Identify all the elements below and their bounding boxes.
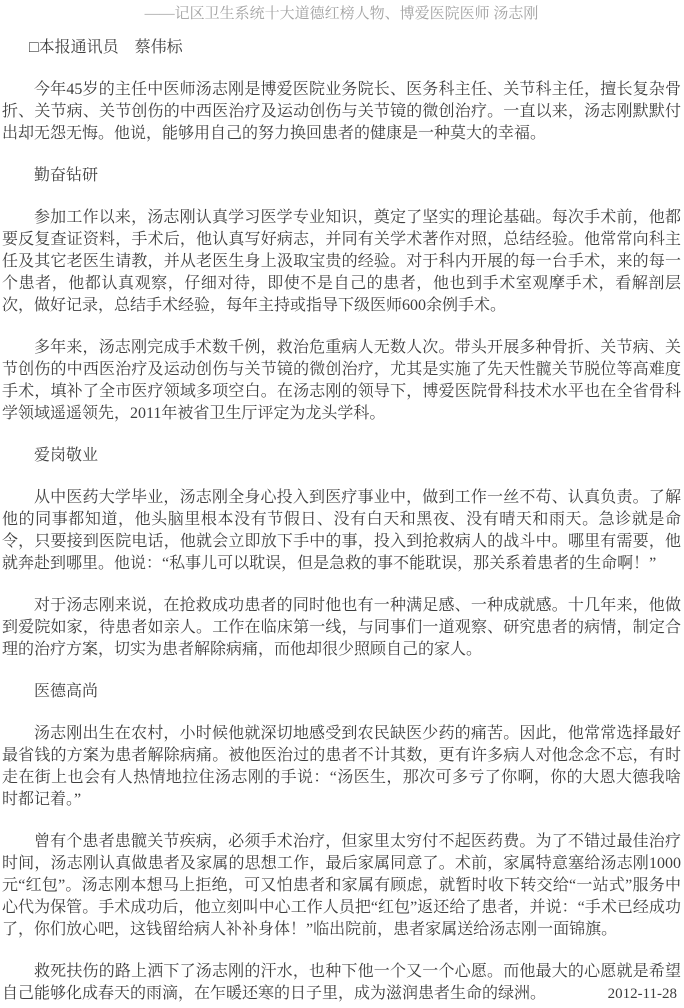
article-date: 2012-11-28	[608, 983, 677, 1005]
paragraph: 汤志刚出生在农村，小时候他就深切地感受到农民缺医少药的痛苦。因此，他常常选择最好…	[2, 723, 681, 811]
section-heading-dedication: 爱岗敬业	[2, 445, 681, 467]
article-page: ——记区卫生系统十大道德红榜人物、博爱医院医师 汤志刚 □本报通讯员 蔡伟标 今…	[0, 0, 684, 1008]
section-heading-medical-ethics: 医德高尚	[2, 681, 681, 703]
page-title: ——记区卫生系统十大道德红榜人物、博爱医院医师 汤志刚	[2, 3, 681, 25]
paragraph: 救死扶伤的路上洒下了汤志刚的汗水，也种下他一个又一个心愿。而他最大的心愿就是希望…	[2, 961, 681, 1005]
paragraph: 曾有个患者患髋关节疾病，必须手术治疗，但家里太穷付不起医药费。为了不错过最佳治疗…	[2, 831, 681, 941]
byline: □本报通讯员 蔡伟标	[2, 37, 681, 59]
paragraph: 从中医药大学毕业，汤志刚全身心投入到医疗事业中，做到工作一丝不苟、认真负责。了解…	[2, 487, 681, 575]
paragraph: 今年45岁的主任中医师汤志刚是博爱医院业务院长、医务科主任、关节科主任，擅长复杂…	[2, 79, 681, 145]
section-heading-diligent-research: 勤奋钻研	[2, 165, 681, 187]
paragraph: 参加工作以来，汤志刚认真学习医学专业知识，奠定了坚实的理论基础。每次手术前，他都…	[2, 207, 681, 317]
paragraph: 多年来，汤志刚完成手术数千例，救治危重病人无数人次。带头开展多种骨折、关节病、关…	[2, 337, 681, 425]
paragraph: 对于汤志刚来说，在抢救成功患者的同时他也有一种满足感、一种成就感。十几年来，他做…	[2, 595, 681, 661]
